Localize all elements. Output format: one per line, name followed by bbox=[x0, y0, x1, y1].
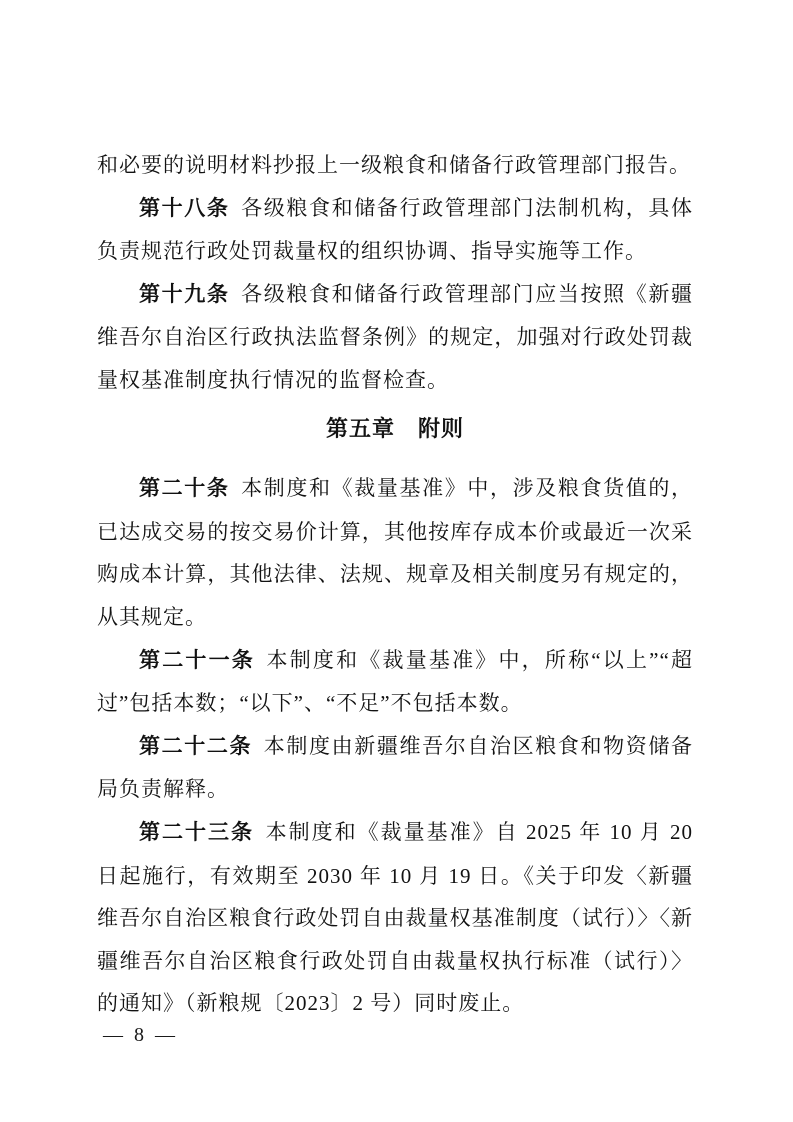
chapter-heading: 第五章 附则 bbox=[97, 408, 693, 451]
article-number: 第二十条 bbox=[139, 477, 230, 500]
paragraph-text: 和必要的说明材料抄报上一级粮食和储备行政管理部门报告。 bbox=[97, 153, 691, 177]
paragraph-text: 本制度和《裁量基准》自 2025 年 10 月 20 日起施行，有效期至 203… bbox=[97, 820, 693, 1015]
page-number: — 8 — bbox=[103, 1020, 178, 1050]
paragraph-article-19: 第十九条各级粮食和储备行政管理部门应当按照《新疆维吾尔自治区行政执法监督条例》的… bbox=[97, 273, 693, 402]
article-number: 第二十二条 bbox=[139, 735, 252, 758]
document-body: 和必要的说明材料抄报上一级粮食和储备行政管理部门报告。 第十八条各级粮食和储备行… bbox=[97, 144, 693, 1025]
article-number: 第十九条 bbox=[139, 283, 230, 306]
article-number: 第二十一条 bbox=[139, 649, 255, 672]
document-page: 和必要的说明材料抄报上一级粮食和储备行政管理部门报告。 第十八条各级粮食和储备行… bbox=[0, 0, 793, 1122]
paragraph-continuation: 和必要的说明材料抄报上一级粮食和储备行政管理部门报告。 bbox=[97, 144, 693, 187]
paragraph-article-20: 第二十条本制度和《裁量基准》中，涉及粮食货值的，已达成交易的按交易价计算，其他按… bbox=[97, 467, 693, 638]
paragraph-article-18: 第十八条各级粮食和储备行政管理部门法制机构，具体负责规范行政处罚裁量权的组织协调… bbox=[97, 187, 693, 273]
article-number: 第二十三条 bbox=[139, 821, 254, 844]
paragraph-article-22: 第二十二条本制度由新疆维吾尔自治区粮食和物资储备局负责解释。 bbox=[97, 725, 693, 811]
paragraph-article-21: 第二十一条本制度和《裁量基准》中，所称“以上”“超过”包括本数；“以下”、“不足… bbox=[97, 639, 693, 725]
paragraph-article-23: 第二十三条本制度和《裁量基准》自 2025 年 10 月 20 日起施行，有效期… bbox=[97, 811, 693, 1025]
article-number: 第十八条 bbox=[139, 197, 230, 220]
